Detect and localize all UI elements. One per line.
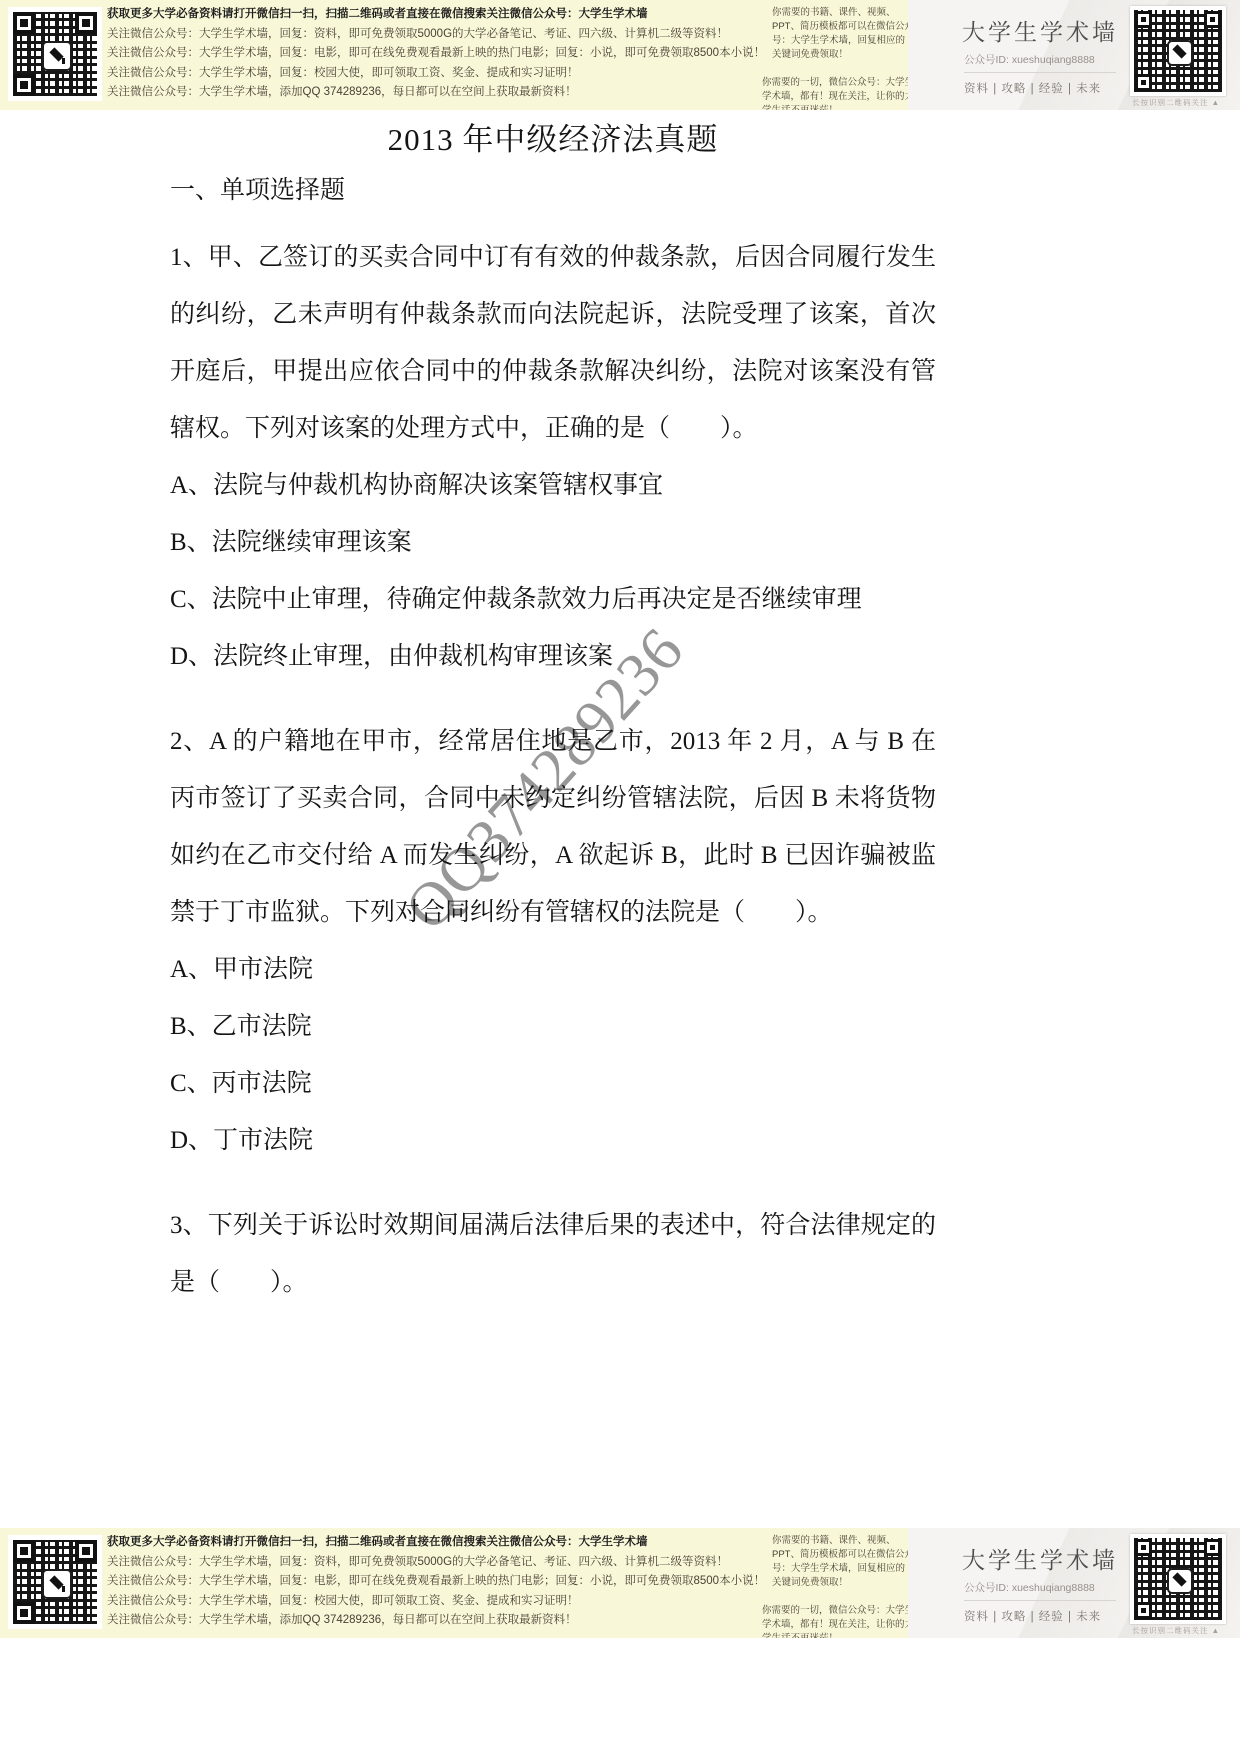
qr-finder-icon: [13, 74, 35, 96]
promo-banner-top: 获取更多大学必备资料请打开微信扫一扫，扫描二维码或者直接在微信搜索关注微信公众号…: [0, 0, 1240, 110]
promo-side-note-bottom: 你需要的一切，微信公众号：大学生学术墙，都有！现在关注，让你的大学生活不再迷茫！: [762, 1604, 917, 1638]
promo-line: 关注微信公众号：大学生学术墙，回复：校园大使，即可领取工资、奖金、提成和实习证明…: [107, 1592, 765, 1612]
divider: [964, 72, 1116, 73]
brand-account-id: 公众号ID: xueshuqiang8888: [964, 1580, 1095, 1595]
qr-finder-icon: [1204, 1539, 1221, 1556]
wechat-qr-code-icon: [8, 7, 102, 101]
brand-title: 大学生学术墙: [962, 1542, 1118, 1575]
option-b: B、乙市法院: [170, 998, 936, 1055]
promo-line: 关注微信公众号：大学生学术墙，回复：电影，即可在线免费观看最新上映的热门电影；回…: [107, 1572, 765, 1592]
promo-side-note-bottom: 你需要的一切，微信公众号：大学生学术墙，都有！现在关注，让你的大学生活不再迷茫！: [762, 76, 917, 110]
qr-finder-icon: [1135, 1539, 1152, 1556]
option-a: A、甲市法院: [170, 941, 936, 998]
qr-finder-icon: [75, 12, 97, 34]
promo-side-note: 你需要的书籍、课件、视频、PPT、简历模板都可以在微信公众号：大学生学术墙，回复…: [772, 6, 914, 62]
promo-line: 关注微信公众号：大学生学术墙，回复：资料，即可免费领取5000G的大学必备笔记、…: [107, 1553, 765, 1573]
brand-card: 大学生学术墙 公众号ID: xueshuqiang8888 资料 | 攻略 | …: [908, 1528, 1240, 1638]
question-3: 3、下列关于诉讼时效期间届满后法律后果的表述中，符合法律规定的是（ ）。: [170, 1197, 936, 1311]
promo-text-block: 获取更多大学必备资料请打开微信扫一扫，扫描二维码或者直接在微信搜索关注微信公众号…: [107, 5, 765, 103]
qr-finder-icon: [1135, 74, 1152, 91]
graduation-cap-icon: [1167, 1568, 1193, 1594]
exam-document-page: 获取更多大学必备资料请打开微信扫一扫，扫描二维码或者直接在微信搜索关注微信公众号…: [0, 0, 1240, 1754]
promo-line: 关注微信公众号：大学生学术墙，回复：校园大使，即可领取工资、奖金、提成和实习证明…: [107, 64, 765, 84]
option-a: A、法院与仲裁机构协商解决该案管辖权事宜: [170, 457, 936, 514]
option-b: B、法院继续审理该案: [170, 514, 936, 571]
promo-line: 获取更多大学必备资料请打开微信扫一扫，扫描二维码或者直接在微信搜索关注微信公众号…: [107, 5, 765, 25]
promo-text-block: 获取更多大学必备资料请打开微信扫一扫，扫描二维码或者直接在微信搜索关注微信公众号…: [107, 1533, 765, 1631]
section-heading: 一、单项选择题: [170, 162, 936, 219]
wechat-qr-code-icon: [1130, 6, 1226, 96]
qr-caption: 长按识别二维码关注 ▲: [1132, 1625, 1220, 1636]
qr-finder-icon: [13, 1602, 35, 1624]
page-title: 2013 年中级经济法真题: [170, 118, 936, 162]
graduation-cap-icon: [42, 41, 72, 71]
promo-line: 关注微信公众号：大学生学术墙，添加QQ 374289236，每日都可以在空间上获…: [107, 83, 765, 103]
qr-finder-icon: [1135, 11, 1152, 28]
wechat-qr-code-icon: [1130, 1534, 1226, 1624]
qr-finder-icon: [13, 12, 35, 34]
brand-account-id: 公众号ID: xueshuqiang8888: [964, 52, 1095, 67]
qr-finder-icon: [1135, 1602, 1152, 1619]
question-1: 1、甲、乙签订的买卖合同中订有有效的仲裁条款，后因合同履行发生的纠纷，乙未声明有…: [170, 229, 936, 685]
qr-finder-icon: [75, 1540, 97, 1562]
brand-tagline: 资料 | 攻略 | 经验 | 未来: [964, 80, 1101, 96]
option-c: C、丙市法院: [170, 1055, 936, 1112]
option-c: C、法院中止审理，待确定仲裁条款效力后再决定是否继续审理: [170, 571, 936, 628]
question-2: 2、A 的户籍地在甲市，经常居住地是乙市，2013 年 2 月，A 与 B 在丙…: [170, 713, 936, 1169]
question-stem: 1、甲、乙签订的买卖合同中订有有效的仲裁条款，后因合同履行发生的纠纷，乙未声明有…: [170, 229, 936, 457]
divider: [964, 1600, 1116, 1601]
qr-finder-icon: [1204, 11, 1221, 28]
graduation-cap-icon: [1167, 40, 1193, 66]
promo-side-note: 你需要的书籍、课件、视频、PPT、简历模板都可以在微信公众号：大学生学术墙，回复…: [772, 1534, 914, 1590]
promo-line: 关注微信公众号：大学生学术墙，回复：电影，即可在线免费观看最新上映的热门电影；回…: [107, 44, 765, 64]
option-d: D、丁市法院: [170, 1112, 936, 1169]
promo-line: 获取更多大学必备资料请打开微信扫一扫，扫描二维码或者直接在微信搜索关注微信公众号…: [107, 1533, 765, 1553]
question-stem: 2、A 的户籍地在甲市，经常居住地是乙市，2013 年 2 月，A 与 B 在丙…: [170, 713, 936, 941]
graduation-cap-icon: [42, 1569, 72, 1599]
brand-card: 大学生学术墙 公众号ID: xueshuqiang8888 资料 | 攻略 | …: [908, 0, 1240, 110]
promo-line: 关注微信公众号：大学生学术墙，添加QQ 374289236，每日都可以在空间上获…: [107, 1611, 765, 1631]
brand-tagline: 资料 | 攻略 | 经验 | 未来: [964, 1608, 1101, 1624]
promo-line: 关注微信公众号：大学生学术墙，回复：资料，即可免费领取5000G的大学必备笔记、…: [107, 25, 765, 45]
qr-finder-icon: [13, 1540, 35, 1562]
wechat-qr-code-icon: [8, 1535, 102, 1629]
exam-content: 2013 年中级经济法真题 一、单项选择题 1、甲、乙签订的买卖合同中订有有效的…: [170, 118, 936, 1311]
qr-caption: 长按识别二维码关注 ▲: [1132, 97, 1220, 108]
brand-title: 大学生学术墙: [962, 14, 1118, 47]
promo-banner-bottom: 获取更多大学必备资料请打开微信扫一扫，扫描二维码或者直接在微信搜索关注微信公众号…: [0, 1528, 1240, 1638]
question-stem: 3、下列关于诉讼时效期间届满后法律后果的表述中，符合法律规定的是（ ）。: [170, 1197, 936, 1311]
option-d: D、法院终止审理，由仲裁机构审理该案: [170, 628, 936, 685]
